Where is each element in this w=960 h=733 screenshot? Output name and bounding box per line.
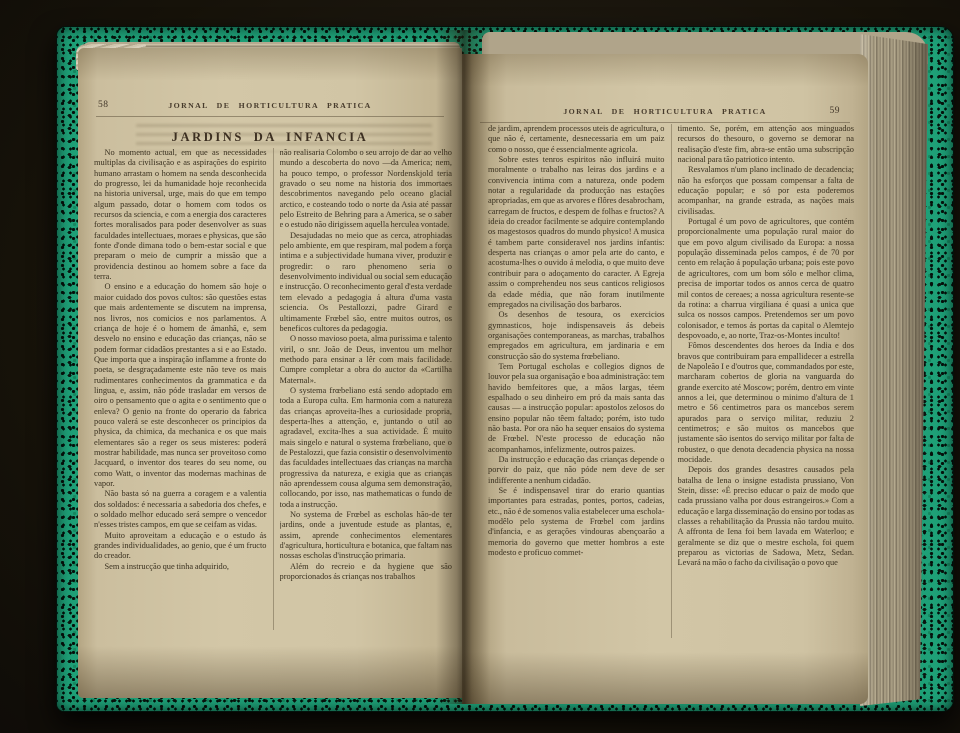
text-columns: No momento actual, em que as necessidade… xyxy=(94,148,452,630)
paragraph: Da instrucção e educação das crianças de… xyxy=(488,455,665,486)
paragraph: Não basta só na guerra a coragem e a val… xyxy=(94,489,267,530)
paragraph: Depois dos grandes desastres causados pe… xyxy=(678,465,855,568)
paragraph: Muito aproveitam a educação e o estudo á… xyxy=(94,531,267,562)
paragraph: Sem a instrucção que tinha adquirido, xyxy=(94,562,267,572)
paragraph: No momento actual, em que as necessidade… xyxy=(94,148,267,282)
paragraph: de jardim, aprendem processos uteis de a… xyxy=(488,124,665,155)
paragraph: Se é indispensavel tirar do erario quant… xyxy=(488,486,665,558)
paragraph: O nosso mavioso poeta, alma purissima e … xyxy=(280,334,453,386)
header-rule xyxy=(96,116,444,117)
running-head: JORNAL DE HORTICULTURA PRATICA xyxy=(462,107,868,116)
article-title: JARDINS DA INFANCIA xyxy=(78,130,462,145)
column-rule xyxy=(273,148,274,630)
column-2: timento. Se, porém, em attenção aos ming… xyxy=(678,124,855,638)
paragraph: não realisaria Colombo o seu arrojo de d… xyxy=(280,148,453,231)
paragraph: Além do recreio e da hygiene que são pro… xyxy=(280,562,453,583)
paragraph: O ensino e a educação do homem são hoje … xyxy=(94,282,267,489)
book-scan: 58 JORNAL DE HORTICULTURA PRATICA JARDIN… xyxy=(0,0,960,733)
column-rule xyxy=(671,124,672,638)
paragraph: timento. Se, porém, em attenção aos ming… xyxy=(678,124,855,165)
paragraph: Os desenhos de tesoura, os exercicios gy… xyxy=(488,310,665,362)
column-2: não realisaria Colombo o seu arrojo de d… xyxy=(280,148,453,630)
column-1: No momento actual, em que as necessidade… xyxy=(94,148,267,630)
column-1: de jardim, aprendem processos uteis de a… xyxy=(488,124,665,638)
paragraph: Resvalamos n'um plano inclinado de decad… xyxy=(678,165,855,217)
left-page: 58 JORNAL DE HORTICULTURA PRATICA JARDIN… xyxy=(78,48,462,698)
paragraph: O systema frœbeliano está sendo adoptado… xyxy=(280,386,453,510)
header-rule xyxy=(480,122,850,123)
paragraph: Tem Portugal escholas e collegios dignos… xyxy=(488,362,665,455)
paragraph: Fômos descendentes dos heroes da India e… xyxy=(678,341,855,465)
text-columns: de jardim, aprendem processos uteis de a… xyxy=(488,124,854,638)
paragraph: Portugal é um povo de agricultores, que … xyxy=(678,217,855,341)
paragraph: Sobre estes tenros espiritos não influir… xyxy=(488,155,665,310)
paragraph: Desajudadas no meio que as cerca, atroph… xyxy=(280,231,453,334)
right-page: 59 JORNAL DE HORTICULTURA PRATICA de jar… xyxy=(462,54,868,704)
page-stack-fore-edge xyxy=(860,34,928,706)
paragraph: No systema de Frœbel as escholas hão-de … xyxy=(280,510,453,562)
running-head: JORNAL DE HORTICULTURA PRATICA xyxy=(78,101,462,110)
